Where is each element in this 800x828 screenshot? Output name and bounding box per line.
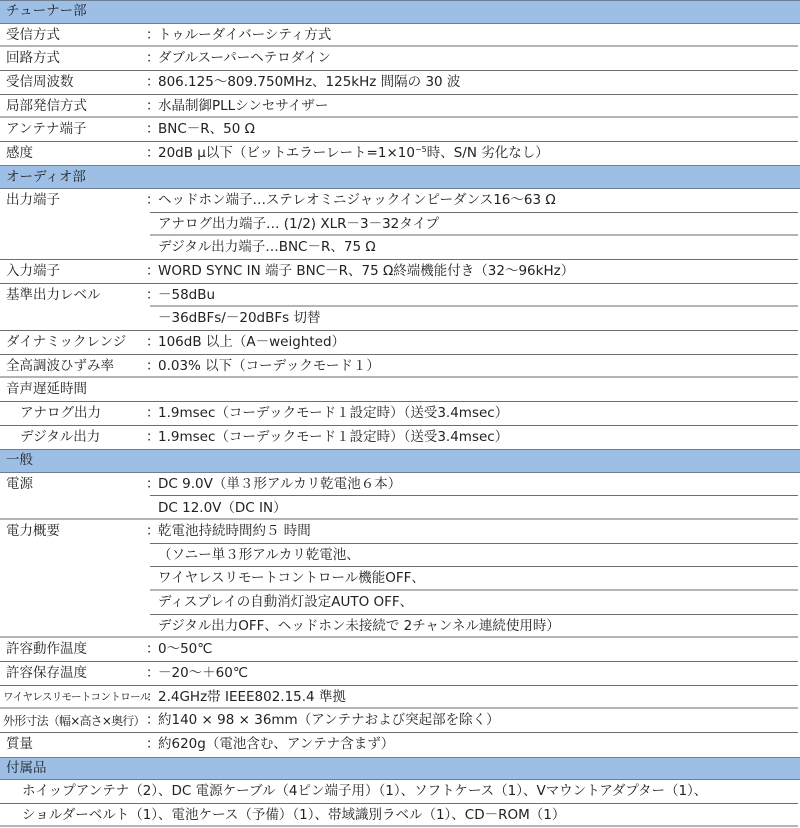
- colon: ：: [144, 265, 158, 279]
- colon: ：: [144, 194, 158, 208]
- spec-value: ディスプレイの自動消灯設定AUTO OFF、: [0, 596, 800, 610]
- spec-label: 電源: [0, 478, 144, 492]
- colon: ：: [144, 407, 158, 421]
- colon: ：: [144, 478, 158, 492]
- colon: ：: [144, 667, 158, 681]
- colon: ：: [144, 691, 158, 705]
- spec-label: 音声遅延時間: [0, 383, 144, 397]
- spec-value: DC 12.0V（DC IN）: [0, 502, 800, 516]
- accessories-line: ショルダーベルト（1）、電池ケース（予備）（1）、帯域識別ラベル（1）、CD－R…: [0, 804, 800, 828]
- spec-row-latency: 音声遅延時間: [0, 378, 800, 402]
- section-title: 一般: [0, 454, 144, 468]
- value-text: 20dB μ以下（ビットエラーレート=1×10: [158, 145, 415, 161]
- spec-value: －36dBFs/－20dBFs 切替: [0, 312, 800, 326]
- colon: ：: [144, 336, 158, 350]
- spec-value: アナログ出力端子… (1/2) XLR－3－32タイプ: [0, 218, 800, 232]
- spec-row-thd: 全高調波ひずみ率 ： 0.03% 以下（コーデックモード１）: [0, 355, 800, 379]
- spec-value: 水晶制御PLLシンセサイザー: [158, 100, 800, 114]
- spec-value: －58dBu: [158, 289, 800, 303]
- colon: ：: [144, 289, 158, 303]
- spec-row-reception-method: 受信方式 ： トゥルーダイバーシティ方式: [0, 24, 800, 48]
- spec-label: 許容動作温度: [0, 643, 144, 657]
- spec-row-latency-digital: デジタル出力 ： 1.9msec（コーデックモード１設定時）（送受3.4msec…: [0, 426, 800, 450]
- spec-row-circuit-method: 回路方式 ： ダブルスーパーヘテロダイン: [0, 47, 800, 71]
- spec-label: 電力概要: [0, 525, 144, 539]
- spec-row-mass: 質量 ： 約620g（電池含む、アンテナ含まず）: [0, 733, 800, 757]
- section-title: チューナー部: [0, 5, 144, 19]
- section-header-audio: オーディオ部: [0, 165, 800, 189]
- colon: ：: [144, 431, 158, 445]
- spec-value: 0〜50℃: [158, 643, 800, 657]
- spec-label: 許容保存温度: [0, 667, 144, 681]
- spec-label: 局部発信方式: [0, 100, 144, 114]
- spec-label: ダイナミックレンジ: [0, 336, 144, 350]
- spec-value: ワイヤレスリモートコントロール機能OFF、: [0, 572, 800, 586]
- spec-row-power-cont: DC 12.0V（DC IN）: [0, 496, 800, 520]
- accessories-text: ホイップアンテナ（2）、DC 電源ケーブル（4ピン端子用）（1）、ソフトケース（…: [0, 785, 707, 799]
- spec-label: 回路方式: [0, 52, 144, 66]
- section-header-accessories: 付属品: [0, 757, 800, 781]
- spec-row-sensitivity: 感度 ： 20dB μ以下（ビットエラーレート=1×10−5時、S/N 劣化なし…: [0, 142, 800, 166]
- spec-value: トゥルーダイバーシティ方式: [158, 29, 800, 43]
- spec-row-latency-analog: アナログ出力 ： 1.9msec（コーデックモード１設定時）（送受3.4msec…: [0, 402, 800, 426]
- colon: ：: [144, 738, 158, 752]
- spec-row-reference-level: 基準出力レベル ： －58dBu: [0, 284, 800, 308]
- spec-value: 約620g（電池含む、アンテナ含まず）: [158, 738, 800, 752]
- spec-label: 入力端子: [0, 265, 144, 279]
- spec-row-dimensions: 外形寸法（幅×高さ×奥行） ： 約140 × 98 × 36mm（アンテナおよび…: [0, 709, 800, 733]
- spec-label: 受信周波数: [0, 76, 144, 90]
- spec-row-wireless-remote: ワイヤレスリモートコントロール ： 2.4GHz帯 IEEE802.15.4 準…: [0, 686, 800, 710]
- spec-value: デジタル出力OFF、ヘッドホン未接続で 2チャンネル連続使用時）: [0, 620, 800, 634]
- spec-row-power-summary-cont: （ソニー単３形アルカリ乾電池、: [0, 544, 800, 568]
- spec-row-dynamic-range: ダイナミックレンジ ： 106dB 以上（A－weighted）: [0, 331, 800, 355]
- spec-row-reception-frequency: 受信周波数 ： 806.125〜809.750MHz、125kHz 間隔の 30…: [0, 71, 800, 95]
- spec-label: 感度: [0, 147, 144, 161]
- spec-row-power-summary: 電力概要 ： 乾電池持続時間約５ 時間: [0, 520, 800, 544]
- spec-row-output-terminal: 出力端子 ： ヘッドホン端子…ステレオミニジャックインピーダンス16〜63 Ω: [0, 189, 800, 213]
- section-title: 付属品: [0, 762, 144, 776]
- spec-value: 106dB 以上（A－weighted）: [158, 336, 800, 350]
- spec-label: 外形寸法（幅×高さ×奥行）: [0, 715, 144, 727]
- spec-value: 0.03% 以下（コーデックモード１）: [158, 360, 800, 374]
- spec-value: デジタル出力端子…BNC－R、75 Ω: [0, 241, 800, 255]
- spec-label: アナログ出力: [0, 407, 144, 421]
- spec-row-operating-temp: 許容動作温度 ： 0〜50℃: [0, 638, 800, 662]
- spec-row-antenna-terminal: アンテナ端子 ： BNC－R、50 Ω: [0, 118, 800, 142]
- value-text: 時、S/N 劣化なし）: [427, 145, 549, 161]
- spec-value: －20〜＋60℃: [158, 667, 800, 681]
- spec-row-power-summary-cont: デジタル出力OFF、ヘッドホン未接続で 2チャンネル連続使用時）: [0, 615, 800, 639]
- section-header-tuner: チューナー部: [0, 0, 800, 24]
- spec-label: 出力端子: [0, 194, 144, 208]
- spec-label: 基準出力レベル: [0, 289, 144, 303]
- spec-value: 2.4GHz帯 IEEE802.15.4 準拠: [158, 691, 800, 705]
- spec-value: 乾電池持続時間約５ 時間: [158, 525, 800, 539]
- spec-table: チューナー部 受信方式 ： トゥルーダイバーシティ方式 回路方式 ： ダブルスー…: [0, 0, 800, 827]
- accessories-line: ホイップアンテナ（2）、DC 電源ケーブル（4ピン端子用）（1）、ソフトケース（…: [0, 780, 800, 804]
- colon: ：: [144, 52, 158, 66]
- spec-value: ダブルスーパーヘテロダイン: [158, 52, 800, 66]
- spec-value: WORD SYNC IN 端子 BNC－R、75 Ω終端機能付き（32〜96kH…: [158, 265, 800, 279]
- spec-label: 全高調波ひずみ率: [0, 360, 144, 374]
- spec-row-input-terminal: 入力端子 ： WORD SYNC IN 端子 BNC－R、75 Ω終端機能付き（…: [0, 260, 800, 284]
- section-title: オーディオ部: [0, 171, 144, 185]
- spec-value: （ソニー単３形アルカリ乾電池、: [0, 549, 800, 563]
- spec-value: 806.125〜809.750MHz、125kHz 間隔の 30 波: [158, 76, 800, 90]
- colon: ：: [144, 147, 158, 161]
- spec-value: ヘッドホン端子…ステレオミニジャックインピーダンス16〜63 Ω: [158, 194, 800, 208]
- spec-label: ワイヤレスリモートコントロール: [0, 692, 144, 703]
- spec-label: アンテナ端子: [0, 123, 144, 137]
- spec-label: 質量: [0, 738, 144, 752]
- colon: ：: [144, 714, 158, 728]
- spec-value: DC 9.0V（単３形アルカリ乾電池６本）: [158, 478, 800, 492]
- spec-value: 1.9msec（コーデックモード１設定時）（送受3.4msec）: [158, 431, 800, 445]
- spec-row-power-summary-cont: ワイヤレスリモートコントロール機能OFF、: [0, 567, 800, 591]
- spec-label: 受信方式: [0, 29, 144, 43]
- spec-value: 約140 × 98 × 36mm（アンテナおよび突起部を除く）: [158, 714, 800, 728]
- colon: ：: [144, 525, 158, 539]
- spec-value: BNC－R、50 Ω: [158, 123, 800, 137]
- spec-label: デジタル出力: [0, 431, 144, 445]
- spec-row-storage-temp: 許容保存温度 ： －20〜＋60℃: [0, 662, 800, 686]
- colon: ：: [144, 123, 158, 137]
- spec-row-output-terminal-cont: アナログ出力端子… (1/2) XLR－3－32タイプ: [0, 213, 800, 237]
- spec-row-local-oscillation: 局部発信方式 ： 水晶制御PLLシンセサイザー: [0, 95, 800, 119]
- spec-value: 1.9msec（コーデックモード１設定時）（送受3.4msec）: [158, 407, 800, 421]
- colon: ：: [144, 76, 158, 90]
- colon: ：: [144, 29, 158, 43]
- section-header-general: 一般: [0, 449, 800, 473]
- spec-row-output-terminal-cont: デジタル出力端子…BNC－R、75 Ω: [0, 236, 800, 260]
- colon: ：: [144, 360, 158, 374]
- spec-value: 20dB μ以下（ビットエラーレート=1×10−5時、S/N 劣化なし）: [158, 146, 800, 161]
- exponent: −5: [415, 145, 427, 154]
- colon: ：: [144, 100, 158, 114]
- spec-row-power-summary-cont: ディスプレイの自動消灯設定AUTO OFF、: [0, 591, 800, 615]
- colon: ：: [144, 643, 158, 657]
- spec-row-reference-level-cont: －36dBFs/－20dBFs 切替: [0, 307, 800, 331]
- spec-row-power: 電源 ： DC 9.0V（単３形アルカリ乾電池６本）: [0, 473, 800, 497]
- accessories-text: ショルダーベルト（1）、電池ケース（予備）（1）、帯域識別ラベル（1）、CD－R…: [0, 809, 565, 823]
